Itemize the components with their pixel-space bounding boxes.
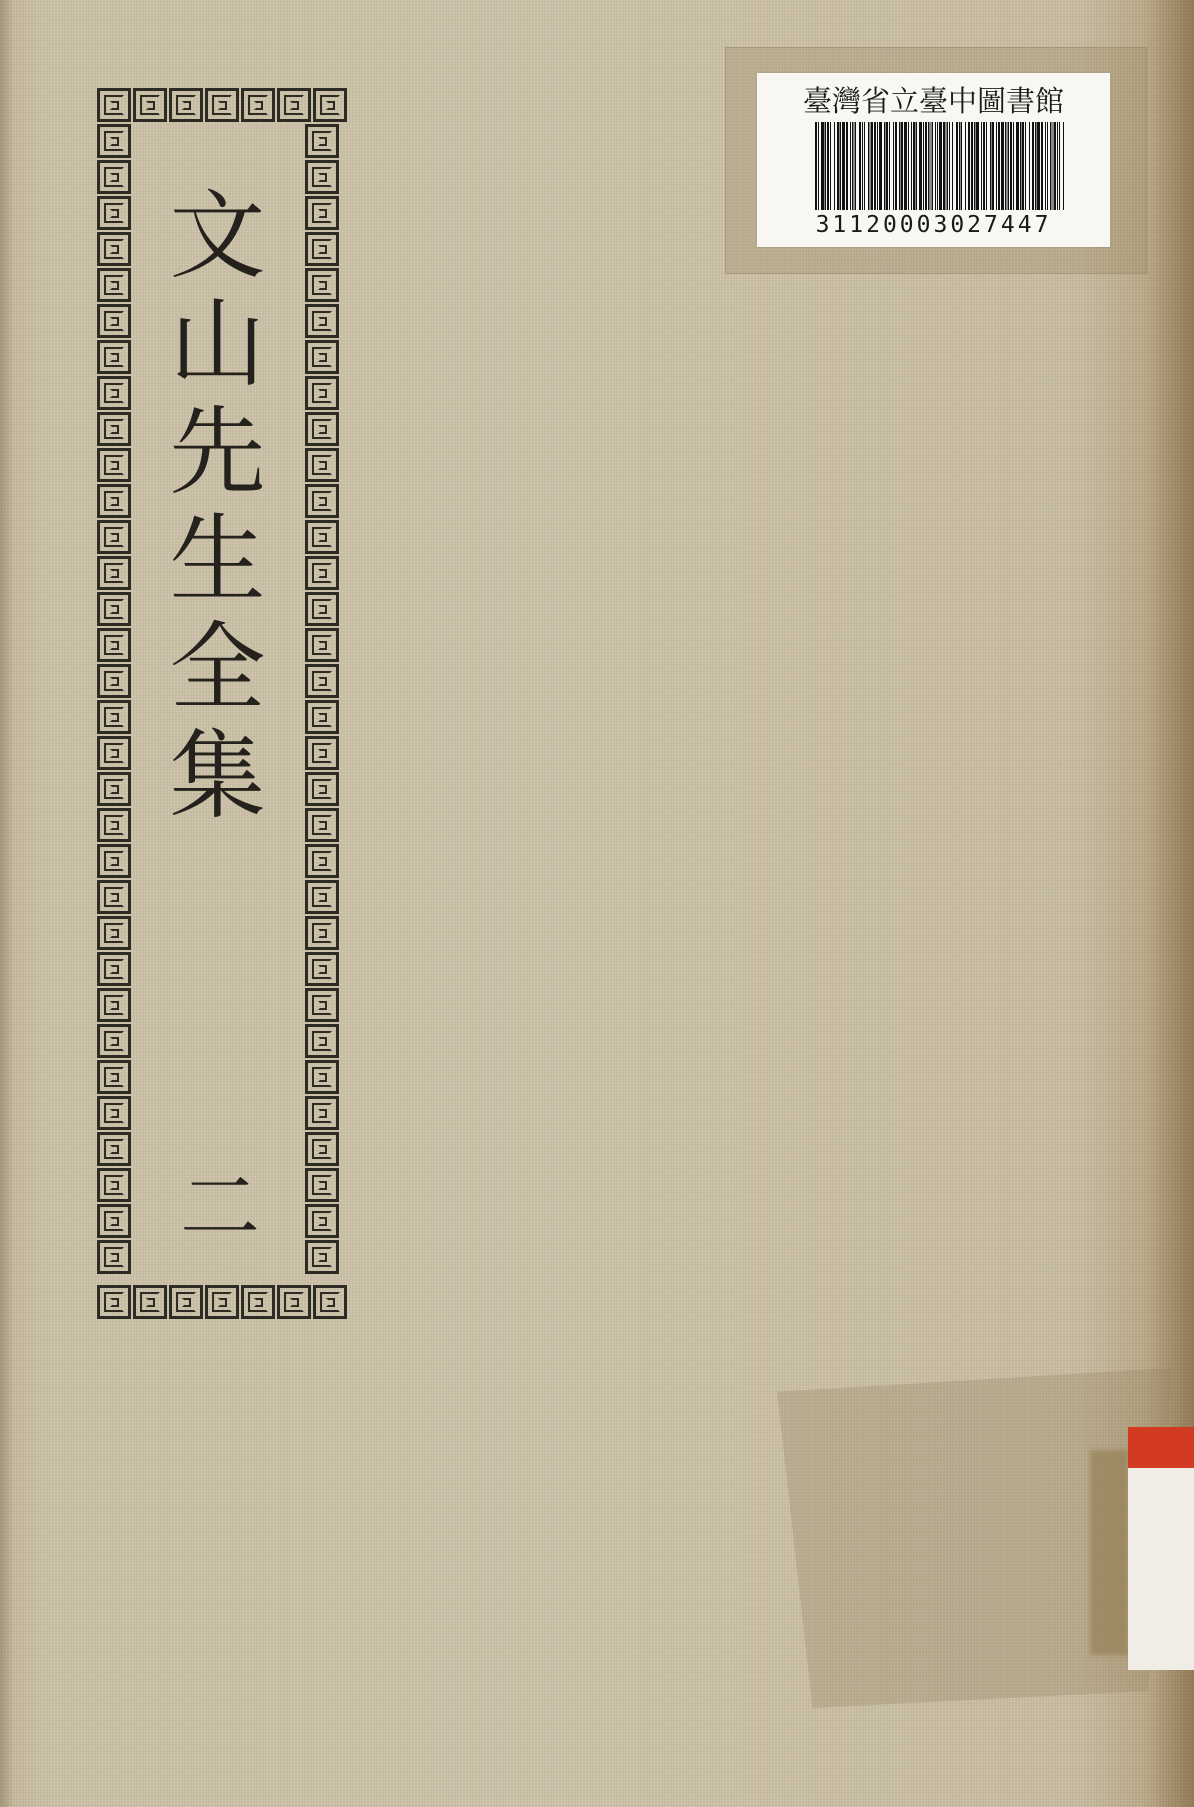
- frame-left-column: [96, 123, 132, 1275]
- meander-tile-icon: [305, 1024, 339, 1058]
- meander-tile-icon: [277, 88, 311, 122]
- meander-tile-icon: [305, 196, 339, 230]
- meander-tile-icon: [305, 484, 339, 518]
- meander-tile-icon: [305, 520, 339, 554]
- sticker-glue-stain: [1090, 1450, 1128, 1655]
- meander-tile-icon: [97, 628, 131, 662]
- meander-tile-icon: [205, 88, 239, 122]
- meander-tile-icon: [97, 700, 131, 734]
- meander-tile-icon: [97, 88, 131, 122]
- book-cover: 文 山 先 生 全 集 二 臺灣省立臺中圖書館 31120003027447: [0, 0, 1194, 1807]
- meander-tile-icon: [169, 88, 203, 122]
- meander-tile-icon: [97, 520, 131, 554]
- meander-tile-icon: [305, 124, 339, 158]
- meander-tile-icon: [97, 232, 131, 266]
- meander-tile-icon: [305, 1240, 339, 1274]
- meander-tile-icon: [169, 1285, 203, 1319]
- meander-tile-icon: [97, 448, 131, 482]
- meander-tile-icon: [305, 628, 339, 662]
- meander-tile-icon: [97, 916, 131, 950]
- meander-tile-icon: [97, 556, 131, 590]
- meander-tile-icon: [305, 880, 339, 914]
- meander-tile-icon: [97, 880, 131, 914]
- meander-tile-icon: [205, 1285, 239, 1319]
- spine-sticker-white: [1128, 1468, 1194, 1670]
- library-barcode-label: 臺灣省立臺中圖書館 31120003027447: [757, 73, 1110, 247]
- title-char: 全: [170, 614, 266, 722]
- meander-tile-icon: [97, 196, 131, 230]
- meander-tile-icon: [97, 412, 131, 446]
- title-char: 山: [170, 290, 266, 398]
- meander-tile-icon: [241, 88, 275, 122]
- meander-tile-icon: [305, 1060, 339, 1094]
- book-title-vertical: 文 山 先 生 全 集: [160, 182, 275, 830]
- meander-tile-icon: [305, 1168, 339, 1202]
- title-char: 集: [170, 722, 266, 830]
- meander-tile-icon: [97, 1285, 131, 1319]
- title-char: 生: [170, 506, 266, 614]
- meander-tile-icon: [305, 592, 339, 626]
- meander-tile-icon: [305, 1096, 339, 1130]
- meander-tile-icon: [97, 664, 131, 698]
- meander-tile-icon: [133, 88, 167, 122]
- meander-tile-icon: [305, 700, 339, 734]
- frame-top-row: [96, 87, 348, 123]
- meander-tile-icon: [305, 268, 339, 302]
- meander-tile-icon: [305, 412, 339, 446]
- meander-tile-icon: [305, 772, 339, 806]
- meander-tile-icon: [305, 736, 339, 770]
- meander-tile-icon: [97, 340, 131, 374]
- meander-tile-icon: [97, 844, 131, 878]
- meander-tile-icon: [305, 340, 339, 374]
- meander-tile-icon: [97, 1024, 131, 1058]
- meander-tile-icon: [305, 556, 339, 590]
- title-char: 先: [170, 398, 266, 506]
- meander-tile-icon: [97, 1204, 131, 1238]
- spine-sticker-red-band: [1128, 1427, 1194, 1468]
- meander-tile-icon: [97, 124, 131, 158]
- meander-tile-icon: [305, 808, 339, 842]
- meander-tile-icon: [313, 88, 347, 122]
- meander-tile-icon: [97, 1168, 131, 1202]
- meander-tile-icon: [97, 1060, 131, 1094]
- meander-tile-icon: [305, 844, 339, 878]
- meander-tile-icon: [97, 304, 131, 338]
- barcode-icon: [815, 122, 1066, 210]
- meander-tile-icon: [97, 988, 131, 1022]
- frame-bottom-row: [96, 1284, 348, 1320]
- meander-tile-icon: [305, 1132, 339, 1166]
- meander-tile-icon: [97, 772, 131, 806]
- barcode-number: 31120003027447: [757, 212, 1110, 238]
- meander-tile-icon: [97, 808, 131, 842]
- meander-tile-icon: [97, 952, 131, 986]
- meander-tile-icon: [97, 484, 131, 518]
- meander-tile-icon: [97, 736, 131, 770]
- meander-tile-icon: [313, 1285, 347, 1319]
- meander-tile-icon: [305, 160, 339, 194]
- meander-tile-icon: [97, 1240, 131, 1274]
- cover-left-edge-shadow: [0, 0, 14, 1807]
- meander-tile-icon: [97, 592, 131, 626]
- frame-right-column: [304, 123, 340, 1275]
- meander-tile-icon: [305, 1204, 339, 1238]
- meander-tile-icon: [97, 160, 131, 194]
- meander-tile-icon: [133, 1285, 167, 1319]
- meander-tile-icon: [97, 1132, 131, 1166]
- meander-tile-icon: [305, 988, 339, 1022]
- library-name: 臺灣省立臺中圖書館: [757, 83, 1110, 119]
- title-char: 文: [170, 182, 266, 290]
- meander-tile-icon: [97, 1096, 131, 1130]
- meander-tile-icon: [305, 376, 339, 410]
- meander-tile-icon: [305, 304, 339, 338]
- meander-tile-icon: [305, 952, 339, 986]
- volume-number: 二: [175, 1158, 265, 1258]
- meander-tile-icon: [97, 376, 131, 410]
- meander-tile-icon: [305, 664, 339, 698]
- meander-tile-icon: [305, 916, 339, 950]
- meander-tile-icon: [305, 232, 339, 266]
- meander-tile-icon: [97, 268, 131, 302]
- meander-tile-icon: [241, 1285, 275, 1319]
- meander-tile-icon: [277, 1285, 311, 1319]
- meander-tile-icon: [305, 448, 339, 482]
